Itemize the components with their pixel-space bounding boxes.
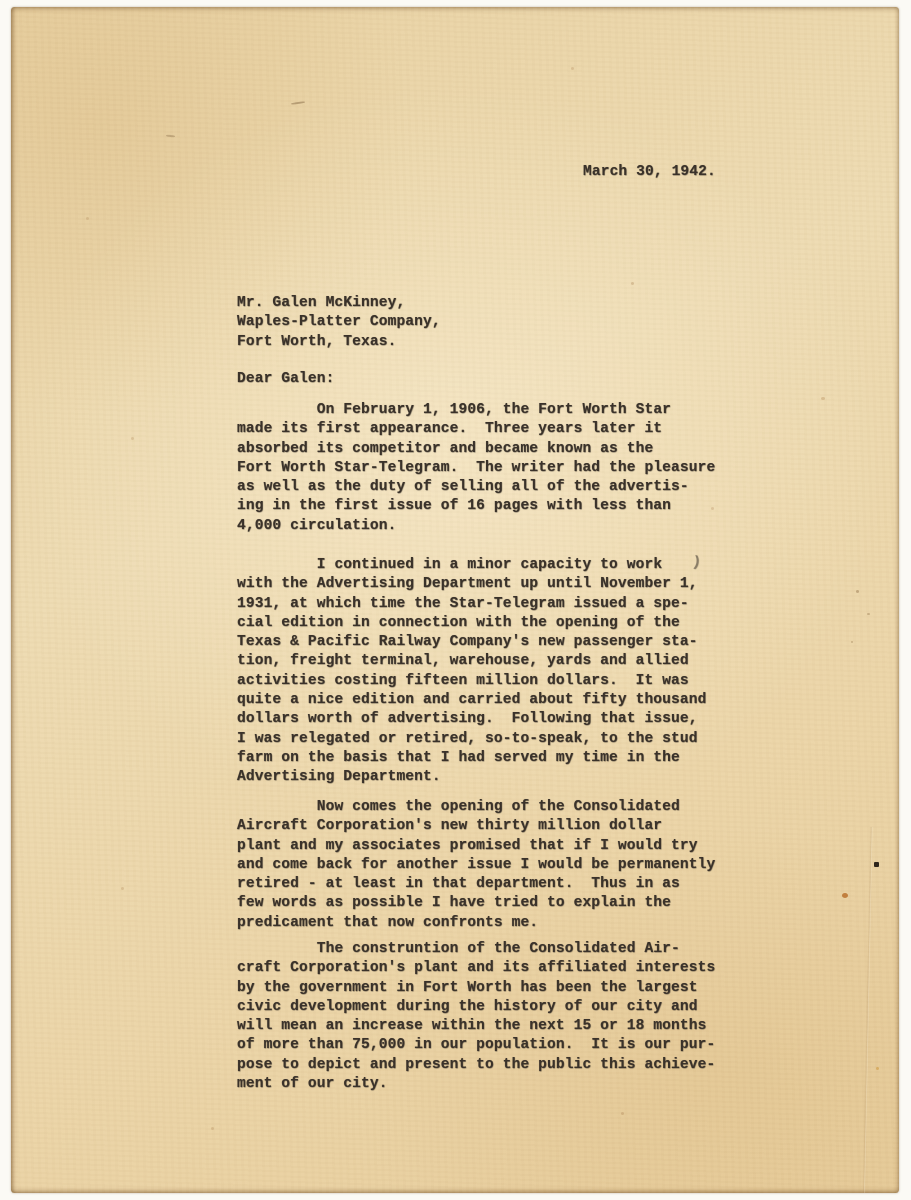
foxing-spot xyxy=(121,887,124,890)
foxing-spot xyxy=(131,437,134,440)
foxing-spot xyxy=(631,282,634,285)
foxing-spot xyxy=(621,1112,624,1115)
paper-crease xyxy=(862,827,873,1193)
recipient-address: Mr. Galen McKinney, Waples-Platter Compa… xyxy=(237,294,441,352)
foxing-spot xyxy=(867,613,870,615)
foxing-spot xyxy=(851,641,853,643)
salutation: Dear Galen: xyxy=(237,370,334,389)
paragraph-advertising-career: I continued in a minor capacity to work … xyxy=(237,556,737,788)
letter-date: March 30, 1942. xyxy=(583,163,716,182)
foxing-spot xyxy=(211,1127,214,1130)
ink-dot xyxy=(874,862,879,867)
foxing-spot xyxy=(571,67,574,70)
foxing-spot xyxy=(86,217,89,220)
paragraph-first-appearance: On February 1, 1906, the Fort Worth Star… xyxy=(237,401,737,536)
foxing-spot xyxy=(842,893,848,898)
foxing-spot xyxy=(821,397,825,400)
foxing-spot xyxy=(166,135,175,138)
paragraph-construction-purpose: The construntion of the Consolidated Air… xyxy=(237,940,737,1094)
paragraph-consolidated-opening: Now comes the opening of the Consolidate… xyxy=(237,798,737,933)
foxing-spot xyxy=(856,590,859,593)
foxing-spot xyxy=(291,101,305,105)
foxing-spot xyxy=(876,1067,879,1070)
scanned-letter-page: March 30, 1942. Mr. Galen McKinney, Wapl… xyxy=(0,0,911,1200)
